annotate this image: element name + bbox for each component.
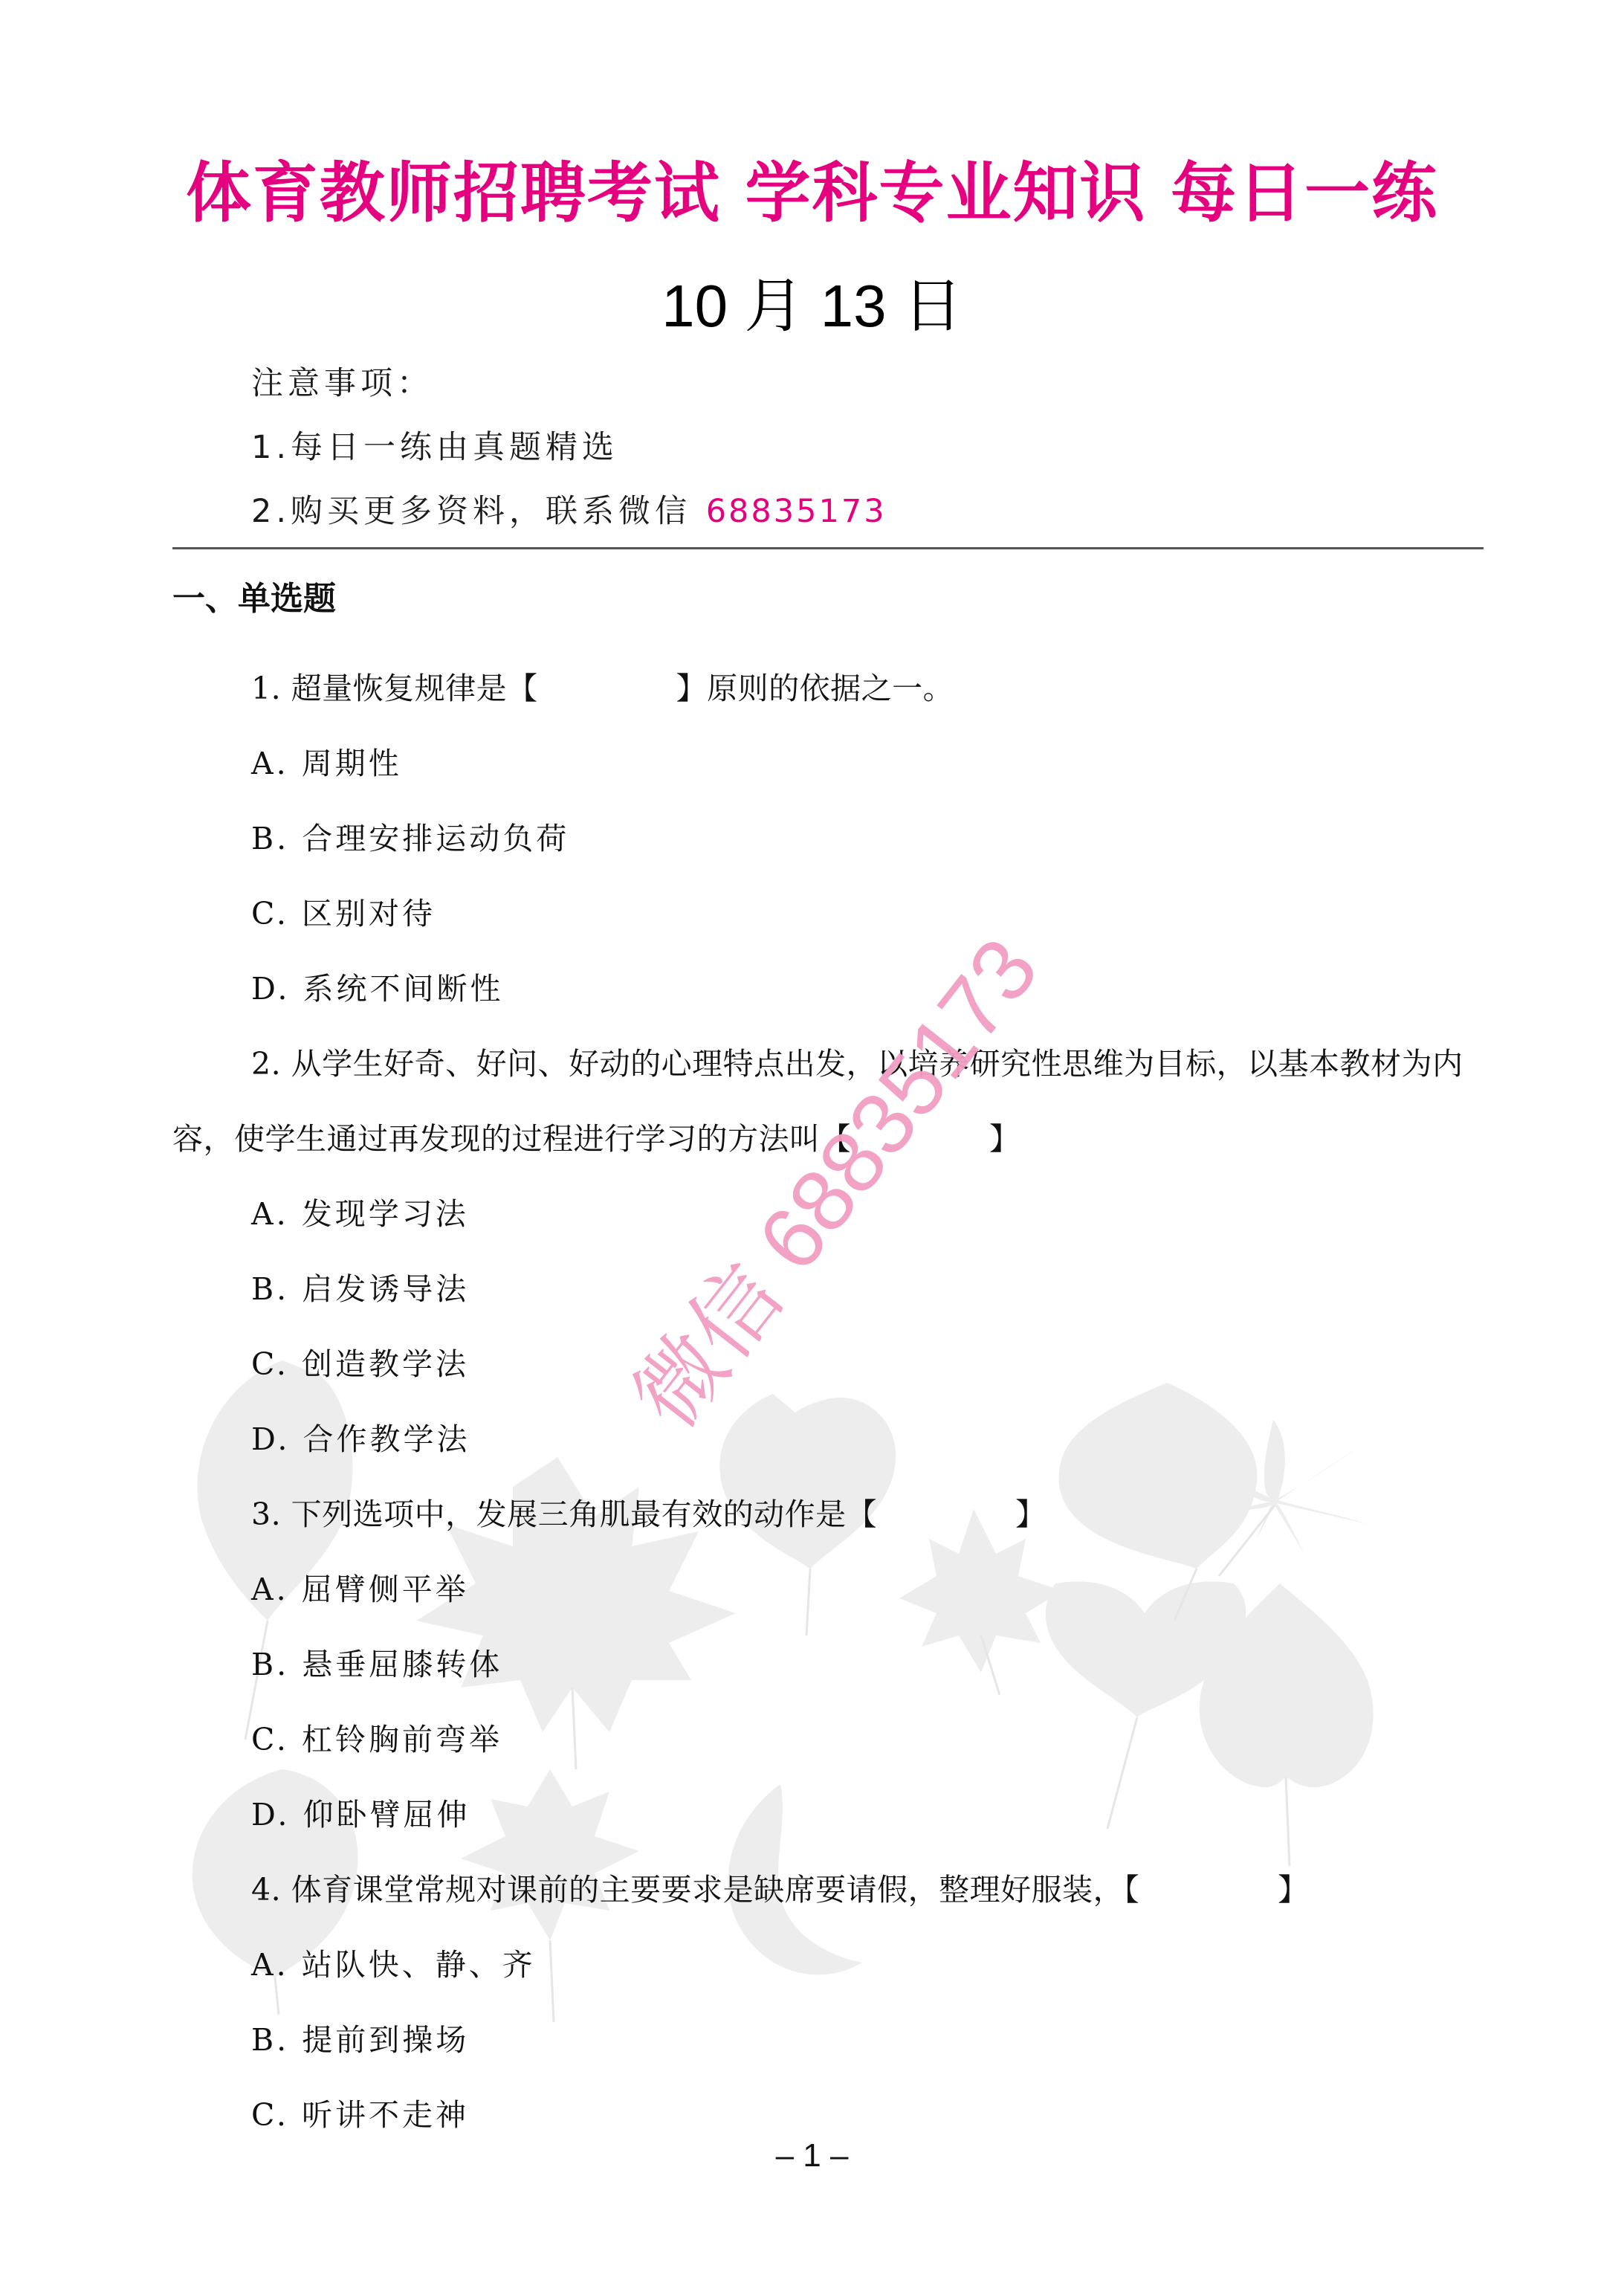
answer-blank xyxy=(851,1102,989,1177)
option-b: B. 启发诱导法 xyxy=(172,1252,1484,1327)
option-text: 周期性 xyxy=(289,746,402,781)
question-text-after-blank: 】 xyxy=(989,1121,1020,1157)
wechat-contact-number: 68835173 xyxy=(706,493,887,530)
option-label: D. xyxy=(251,1421,290,1457)
question-stem: 1. 超量恢复规律是【】原则的依据之一。 xyxy=(172,651,1484,726)
option-a: A. 周期性 xyxy=(172,726,1484,801)
option-label: B. xyxy=(251,821,289,856)
option-d: D. 合作教学法 xyxy=(172,1402,1484,1477)
option-label: C. xyxy=(251,2097,289,2133)
question-text-after-blank: 】 xyxy=(1278,1872,1309,1908)
question-number: 2. xyxy=(251,1046,281,1082)
question-stem: 4. 体育课堂常规对课前的主要要求是缺席要请假，整理好服装，【】 xyxy=(172,1853,1484,1928)
option-d: D. 仰卧臂屈伸 xyxy=(172,1777,1484,1853)
notes-item-2: 2.购买更多资料，联系微信 68835173 xyxy=(251,491,887,555)
option-a: A. 站队快、静、齐 xyxy=(172,1928,1484,2003)
option-label: B. xyxy=(251,2022,289,2058)
option-text: 提前到操场 xyxy=(289,2022,469,2058)
question-text-after-blank: 】原则的依据之一。 xyxy=(676,671,954,706)
option-label: C. xyxy=(251,1346,289,1382)
option-text: 悬垂屈膝转体 xyxy=(289,1647,502,1682)
question-3: 3. 下列选项中，发展三角肌最有效的动作是【】 A. 屈臂侧平举 B. 悬垂屈膝… xyxy=(172,1477,1484,1853)
notes-section: 注意事项： 1.每日一练由真题精选 2.购买更多资料，联系微信 68835173 xyxy=(251,363,887,555)
answer-blank xyxy=(1139,1853,1278,1928)
question-1: 1. 超量恢复规律是【】原则的依据之一。 A. 周期性 B. 合理安排运动负荷 … xyxy=(172,651,1484,1027)
question-4: 4. 体育课堂常规对课前的主要要求是缺席要请假，整理好服装，【】 A. 站队快、… xyxy=(172,1853,1484,2153)
option-label: A. xyxy=(251,746,289,781)
section-title: 一、单选题 xyxy=(172,577,336,621)
question-text-after-blank: 】 xyxy=(1015,1496,1046,1532)
option-text: 发现学习法 xyxy=(289,1196,469,1232)
question-text-before-blank: 体育课堂常规对课前的主要要求是缺席要请假，整理好服装，【 xyxy=(281,1872,1139,1908)
section-divider xyxy=(172,547,1484,549)
option-label: A. xyxy=(251,1947,289,1983)
option-label: B. xyxy=(251,1271,289,1307)
option-text: 站队快、静、齐 xyxy=(289,1947,536,1983)
question-number: 1. xyxy=(251,671,281,706)
question-number: 3. xyxy=(251,1496,281,1532)
option-label: D. xyxy=(251,971,290,1007)
question-stem: 3. 下列选项中，发展三角肌最有效的动作是【】 xyxy=(172,1477,1484,1552)
notes-item-1: 1.每日一练由真题精选 xyxy=(251,427,887,491)
option-label: A. xyxy=(251,1572,289,1607)
option-label: A. xyxy=(251,1196,289,1232)
option-c: C. 创造教学法 xyxy=(172,1327,1484,1402)
option-a: A. 屈臂侧平举 xyxy=(172,1552,1484,1627)
option-b: B. 悬垂屈膝转体 xyxy=(172,1627,1484,1702)
option-text: 创造教学法 xyxy=(289,1346,469,1382)
notes-heading: 注意事项： xyxy=(251,363,887,427)
option-label: B. xyxy=(251,1647,289,1682)
option-text: 区别对待 xyxy=(289,896,436,931)
question-2: 2. 从学生好奇、好问、好动的心理特点出发，以培养研究性思维为目标，以基本教材为… xyxy=(172,1027,1484,1477)
notes-item-text: 2.购买更多资料，联系微信 xyxy=(251,493,706,530)
question-stem: 2. 从学生好奇、好问、好动的心理特点出发，以培养研究性思维为目标，以基本教材为… xyxy=(172,1027,1484,1177)
date-heading: 10 月 13 日 xyxy=(0,269,1624,343)
option-b: B. 提前到操场 xyxy=(172,2003,1484,2078)
option-c: C. 区别对待 xyxy=(172,876,1484,952)
option-b: B. 合理安排运动负荷 xyxy=(172,801,1484,876)
option-text: 合作教学法 xyxy=(290,1421,470,1457)
option-label: C. xyxy=(251,1722,289,1757)
question-text-before-blank: 下列选项中，发展三角肌最有效的动作是【 xyxy=(281,1496,877,1532)
option-c: C. 杠铃胸前弯举 xyxy=(172,1702,1484,1777)
answer-blank xyxy=(877,1477,1015,1552)
page-title: 体育教师招聘考试 学科专业知识 每日一练 xyxy=(0,152,1624,234)
document-page: 体育教师招聘考试 学科专业知识 每日一练 10 月 13 日 注意事项： 1.每… xyxy=(0,0,1624,2283)
question-text-before-blank: 超量恢复规律是【 xyxy=(281,671,538,706)
answer-blank xyxy=(538,651,676,726)
option-label: D. xyxy=(251,1797,290,1832)
option-text: 听讲不走神 xyxy=(289,2097,469,2133)
question-number: 4. xyxy=(251,1872,281,1908)
question-list: 1. 超量恢复规律是【】原则的依据之一。 A. 周期性 B. 合理安排运动负荷 … xyxy=(172,651,1484,2153)
option-text: 杠铃胸前弯举 xyxy=(289,1722,502,1757)
option-label: C. xyxy=(251,896,289,931)
page-number: – 1 – xyxy=(0,2134,1624,2178)
option-text: 系统不间断性 xyxy=(290,971,503,1007)
option-text: 合理安排运动负荷 xyxy=(289,821,569,856)
option-text: 屈臂侧平举 xyxy=(289,1572,469,1607)
question-text-before-blank: 从学生好奇、好问、好动的心理特点出发，以培养研究性思维为目标，以基本教材为内容，… xyxy=(172,1046,1463,1157)
option-text: 仰卧臂屈伸 xyxy=(290,1797,470,1832)
option-d: D. 系统不间断性 xyxy=(172,952,1484,1027)
option-a: A. 发现学习法 xyxy=(172,1177,1484,1252)
notes-item-text: 1.每日一练由真题精选 xyxy=(251,429,618,466)
option-text: 启发诱导法 xyxy=(289,1271,469,1307)
